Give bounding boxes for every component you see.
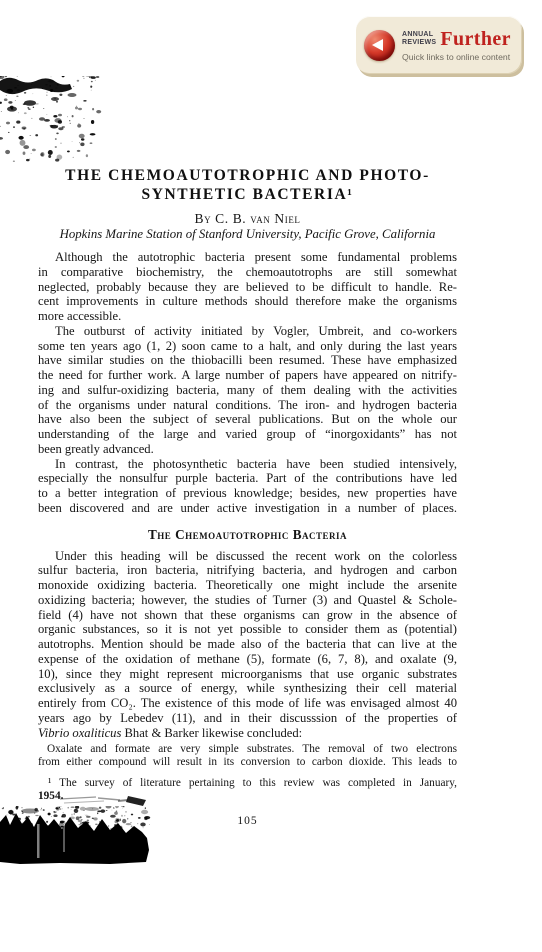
badge-brand-label: ANNUAL REVIEWS [402,31,436,46]
text-line: Oxalate and formate are very simple subs… [38,743,457,756]
text-line: organic substances, so it is not yet pos… [38,622,457,637]
annual-reviews-badge[interactable]: ANNUAL REVIEWS Further Quick links to on… [356,16,522,74]
text-line: from either compound will result in its … [38,756,457,769]
byline: By C. B. van Niel [38,212,457,226]
text-line: oxidizing bacteria; however, the studies… [38,593,457,608]
article: THE CHEMOAUTOTROPHIC AND PHOTO- SYNTHETI… [38,167,457,827]
text-line: been greatly advanced. [38,442,457,457]
badge-brand-bottom: REVIEWS [402,39,436,47]
badge-play-button[interactable] [364,30,395,61]
article-title-line-2: SYNTHETIC BACTERIA¹ [38,186,457,205]
page-number: 105 [38,815,457,827]
text-line: monoxide oxidizing bacteria. Theoretical… [38,578,457,593]
page-body-blocks: Although the autotrophic bacteria presen… [38,250,457,804]
article-title-line-1: THE CHEMOAUTOTROPHIC AND PHOTO- [38,167,457,186]
text-line: have also been the subject of several pu… [38,412,457,427]
text-line: ing and sulfur-oxidizing bacteria, many … [38,383,457,398]
badge-text-area: ANNUAL REVIEWS Further Quick links to on… [402,29,514,62]
text-line: the need for further work. A large numbe… [38,368,457,383]
paragraph: The outburst of activity initiated by Vo… [38,324,457,457]
text-line: ¹ The survey of literature pertaining to… [38,777,457,791]
page-root: ANNUAL REVIEWS Further Quick links to on… [0,0,542,952]
text-line: to a better integration of previous know… [38,486,457,501]
paragraph: Under this heading will be discussed the… [38,549,457,741]
text-line: in comparative biochemistry, the chemoau… [38,265,457,280]
text-line: years ago by Lebedev (11), and in their … [38,711,457,726]
text-line: entirely from CO₂. The existence of this… [38,696,457,711]
text-line: neglected, probably because they are bel… [38,280,457,295]
ink-blot-top [0,76,120,168]
quote-block: Oxalate and formate are very simple subs… [38,743,457,769]
text-line: 1954. [38,790,457,804]
text-line: The outburst of activity initiated by Vo… [38,324,457,339]
page-title: THE CHEMOAUTOTROPHIC AND PHOTO- SYNTHETI… [38,167,457,204]
text-line: Although the autotrophic bacteria presen… [38,250,457,265]
text-line: been discovered and are under active inv… [38,501,457,516]
text-line: exclusively as a source of energy, while… [38,681,457,696]
text-line: understanding of the large and varied gr… [38,427,457,442]
text-line: autotrophs. Mention should be made also … [38,637,457,652]
badge-subtitle: Quick links to online content [402,52,514,62]
text-line: of the organisms under natural condition… [38,398,457,413]
paragraph: Although the autotrophic bacteria presen… [38,250,457,324]
text-line: some ten years ago (1, 2) soon came to a… [38,339,457,354]
text-line: sulfur bacteria, iron bacteria, nitrifyi… [38,563,457,578]
affiliation: Hopkins Marine Station of Stanford Unive… [38,227,457,241]
text-line: especially the nonsulfur purple bacteria… [38,471,457,486]
badge-brand-top: ANNUAL [402,31,436,39]
paragraph: In contrast, the photosynthetic bacteria… [38,457,457,516]
text-line: field (4) have not shown that these orga… [38,608,457,623]
text-line: more accessible. [38,309,457,324]
footnote-block: ¹ The survey of literature pertaining to… [38,777,457,804]
text-line: 10), since they might represent microorg… [38,667,457,682]
text-line: Under this heading will be discussed the… [38,549,457,564]
badge-title: Further [440,29,511,49]
text-line: cent improvements in culture methods sho… [38,294,457,309]
text-line: have similar studies on the thiobacilli … [38,353,457,368]
text-line: Vibrio oxaliticus Bhat & Barker likewise… [38,726,457,741]
text-line: expense of the oxidation of methane (5),… [38,652,457,667]
text-line: In contrast, the photosynthetic bacteria… [38,457,457,472]
section-heading: The Chemoautotrophic Bacteria [38,527,457,542]
back-arrow-icon [372,39,383,51]
